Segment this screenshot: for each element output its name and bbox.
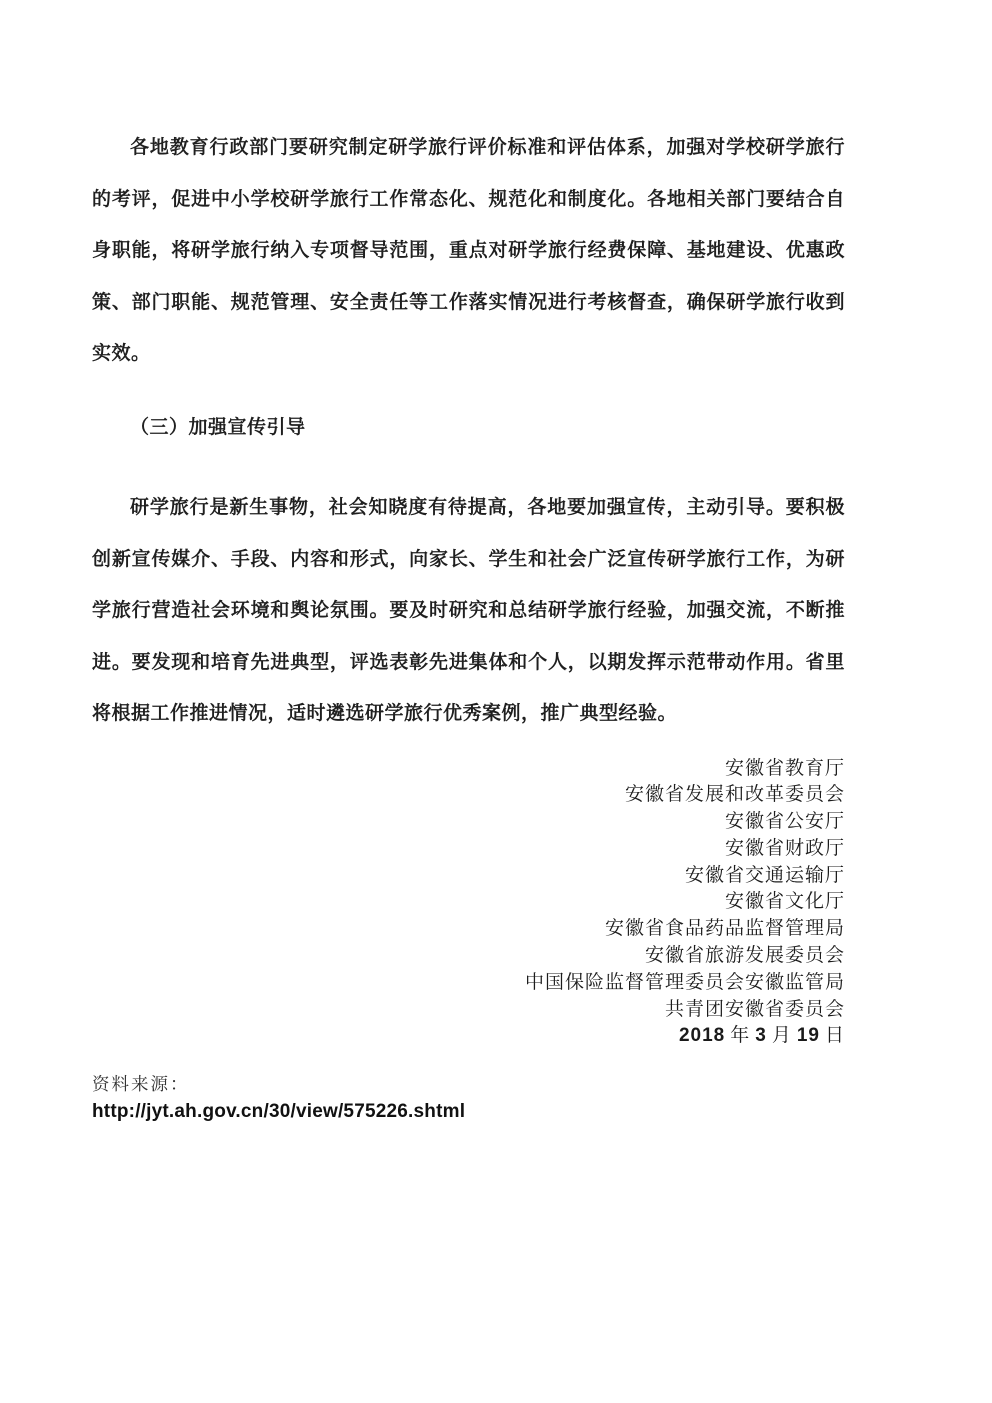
signatory-culture-dept: 安徽省文化厅 [92,889,845,916]
signatory-finance-dept: 安徽省财政厅 [92,836,845,863]
issue-date-year: 2018 [679,1025,725,1046]
signatory-insurance-regulatory-bureau: 中国保险监督管理委员会安徽监管局 [92,970,845,997]
signatory-tourism-development-commission: 安徽省旅游发展委员会 [92,943,845,970]
issue-date-month-label: 月 [772,1025,792,1046]
source-label: 资料来源： [92,1071,845,1098]
source-url: http://jyt.ah.gov.cn/30/view/575226.shtm… [92,1098,845,1125]
paragraph-evaluation-supervision: 各地教育行政部门要研究制定研学旅行评价标准和评估体系，加强对学校研学旅行的考评，… [92,122,845,380]
signature-block: 安徽省教育厅 安徽省发展和改革委员会 安徽省公安厅 安徽省财政厅 安徽省交通运输… [92,756,845,1051]
issue-date-day: 19 [797,1025,820,1046]
paragraph-publicity-guidance: 研学旅行是新生事物，社会知晓度有待提高，各地要加强宣传，主动引导。要积极创新宣传… [92,482,845,740]
issue-date-day-label: 日 [825,1025,845,1046]
signatory-food-drug-administration: 安徽省食品药品监督管理局 [92,916,845,943]
issue-date-month: 3 [755,1025,767,1046]
source-section: 资料来源： http://jyt.ah.gov.cn/30/view/57522… [92,1071,845,1125]
signatory-public-security-dept: 安徽省公安厅 [92,809,845,836]
issue-date: 2018年3月19日 [92,1023,845,1050]
signatory-education-dept: 安徽省教育厅 [92,756,845,783]
signatory-development-reform-commission: 安徽省发展和改革委员会 [92,782,845,809]
issue-date-year-label: 年 [730,1025,750,1046]
signatory-transportation-dept: 安徽省交通运输厅 [92,863,845,890]
document-page: 各地教育行政部门要研究制定研学旅行评价标准和评估体系，加强对学校研学旅行的考评，… [0,0,992,1403]
document-content: 各地教育行政部门要研究制定研学旅行评价标准和评估体系，加强对学校研学旅行的考评，… [92,122,845,1125]
section-heading: （三）加强宣传引导 [92,402,845,454]
signatory-communist-youth-league: 共青团安徽省委员会 [92,997,845,1024]
